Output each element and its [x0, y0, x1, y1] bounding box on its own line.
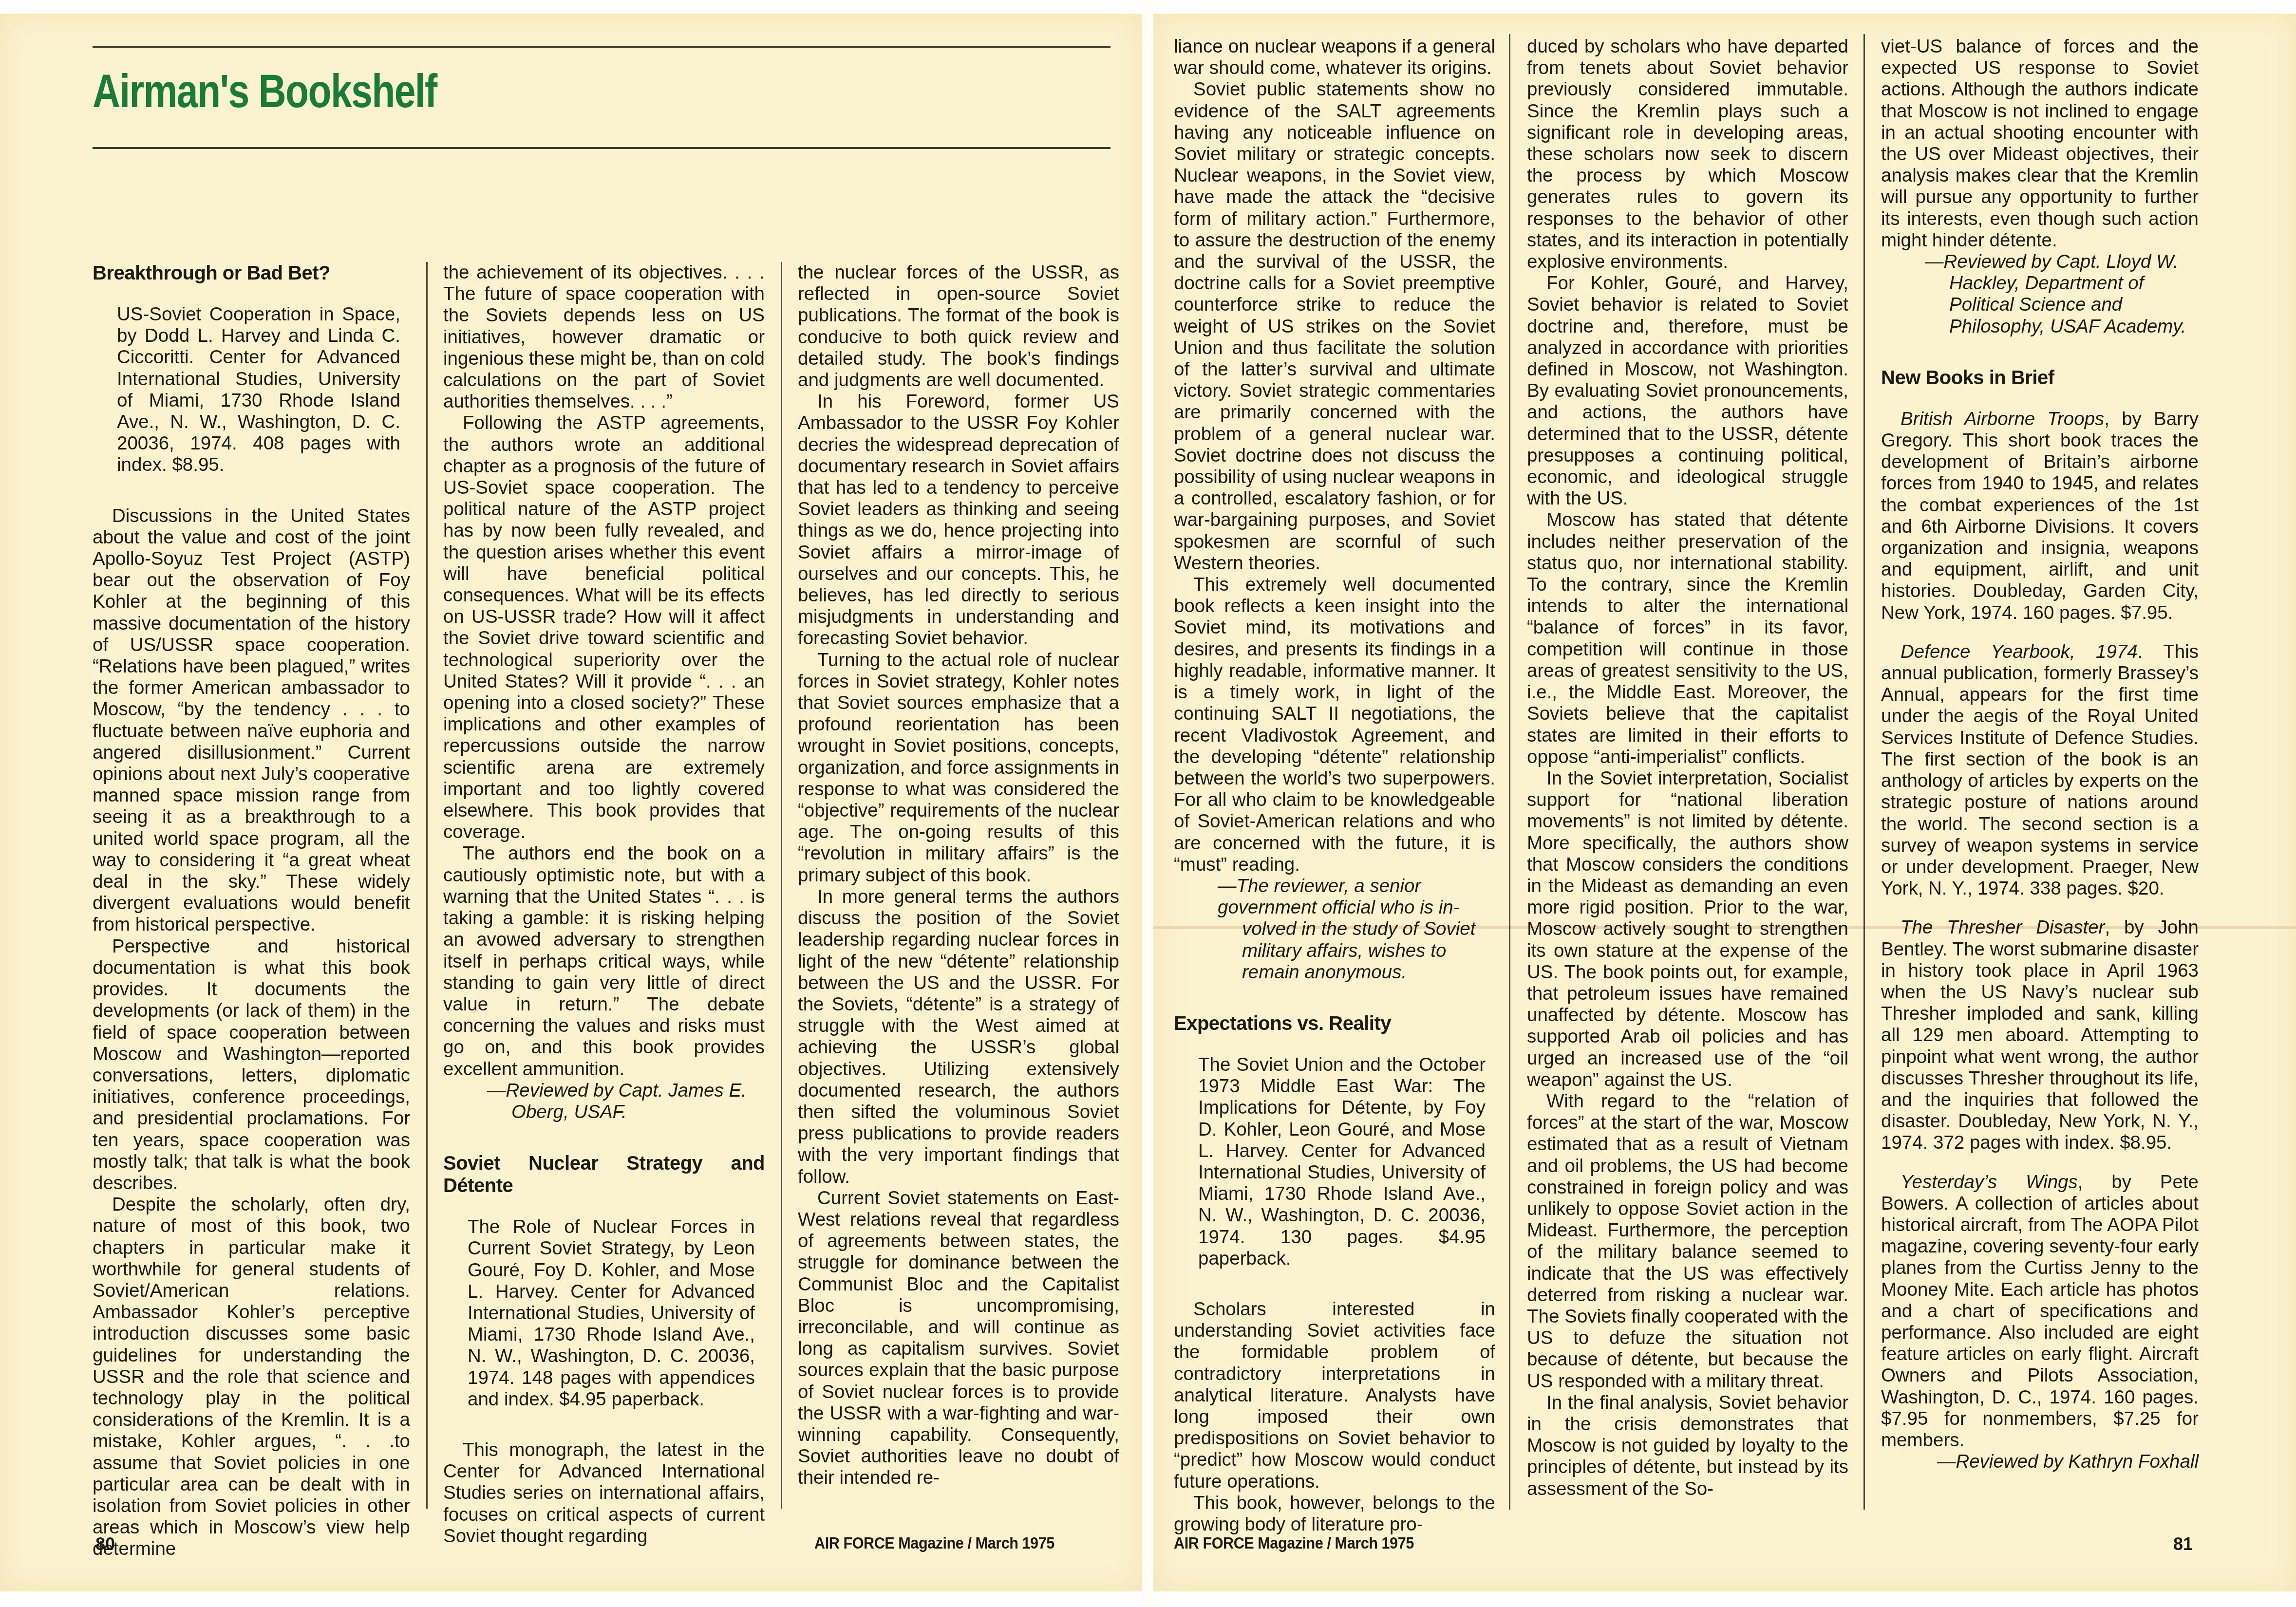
paragraph: With regard to the “relation of forces” …	[1527, 1091, 1848, 1392]
page-gutter	[1142, 0, 1153, 1607]
page-number-left: 80	[95, 1534, 115, 1554]
footer-folio-right: AIR FORCE Magazine / March 1975	[1174, 1534, 1414, 1553]
brief-text: . This annual publication, formerly Bras…	[1881, 641, 2199, 899]
paragraph: In the Soviet interpretation, Socialist …	[1527, 768, 1848, 1091]
brief-entry: The Thresher Disaster, by John Bentley. …	[1881, 917, 2199, 1154]
header-rule-top	[93, 46, 1110, 48]
paragraph: The authors end the book on a cautiously…	[443, 843, 765, 1080]
column-divider	[781, 262, 782, 1509]
paragraph: In the final analysis, Soviet behavior i…	[1527, 1392, 1848, 1500]
article-heading: Expectations vs. Reality	[1174, 1012, 1495, 1035]
book-title: The Thresher Disaster	[1901, 917, 2105, 938]
reviewer-byline: —Reviewed by Capt. James E. Oberg, USAF.	[443, 1080, 765, 1123]
reviewer-byline: —Reviewed by Kathryn Foxhall	[1881, 1451, 2199, 1473]
paragraph: This extremely well documented book refl…	[1174, 574, 1495, 876]
byline-line: Hackley, Department of Political Science…	[1881, 273, 2199, 337]
paragraph: In his Foreword, former US Ambassador to…	[798, 391, 1119, 649]
footer-folio-left: AIR FORCE Magazine / March 1975	[814, 1534, 1054, 1553]
column-2: the achievement of its objectives. . . .…	[443, 262, 765, 1547]
book-title: Yesterday’s Wings	[1901, 1172, 2078, 1193]
section-title: Airman's Bookshelf	[93, 68, 437, 115]
article-heading: New Books in Brief	[1881, 367, 2199, 389]
column-4: liance on nuclear weapons if a general w…	[1174, 36, 1495, 1535]
brief-entry: British Airborne Troops, by Barry Gregor…	[1881, 409, 2199, 624]
header-rule-bottom	[93, 147, 1110, 149]
column-5: duced by scholars who have departed from…	[1527, 36, 1848, 1500]
column-1: Breakthrough or Bad Bet? US-Soviet Coope…	[93, 262, 410, 1560]
paragraph: Scholars interested in understanding Sov…	[1174, 1299, 1495, 1493]
book-citation: The Role of Nuclear Forces in Current So…	[443, 1216, 765, 1410]
paragraph: the achievement of its objectives. . . .…	[443, 262, 765, 412]
brief-text: , by Barry Gregory. This short book trac…	[1881, 409, 2199, 623]
brief-entry: Yesterday’s Wings, by Pete Bowers. A col…	[1881, 1172, 2199, 1452]
paragraph: Soviet public statements show no evidenc…	[1174, 79, 1495, 574]
article-heading: Breakthrough or Bad Bet?	[93, 262, 410, 284]
reviewer-byline: —The reviewer, a senior government offic…	[1174, 876, 1495, 983]
reviewer-byline: —Reviewed by Capt. Lloyd W. Hackley, Dep…	[1881, 251, 2199, 337]
paragraph: liance on nuclear weapons if a general w…	[1174, 36, 1495, 79]
byline-line: —Reviewed by Capt. James E.	[443, 1080, 765, 1102]
paragraph: Following the ASTP agreements, the autho…	[443, 412, 765, 843]
paragraph: Moscow has stated that détente includes …	[1527, 509, 1848, 767]
paragraph: Turning to the actual role of nuclear fo…	[798, 650, 1119, 886]
paragraph: Current Soviet statements on East-West r…	[798, 1188, 1119, 1489]
book-title: Defence Yearbook, 1974	[1901, 641, 2138, 662]
column-divider	[1509, 34, 1510, 1510]
paragraph: Discussions in the United States about t…	[93, 505, 410, 936]
paragraph: Perspective and historical documentation…	[93, 936, 410, 1194]
byline-line: —Reviewed by Capt. Lloyd W.	[1881, 251, 2199, 273]
column-divider	[426, 262, 428, 1509]
brief-entry: Defence Yearbook, 1974. This annual publ…	[1881, 641, 2199, 899]
column-divider	[1863, 34, 1865, 1510]
page-number-right: 81	[2173, 1534, 2193, 1554]
paragraph: viet-US balance of forces and the expect…	[1881, 36, 2199, 251]
paragraph: duced by scholars who have departed from…	[1527, 36, 1848, 273]
book-citation: US-Soviet Cooperation in Space, by Dodd …	[93, 304, 410, 476]
byline-line: —Reviewed by Kathryn Foxhall	[1937, 1451, 2199, 1472]
byline-line: volved in the study of Soviet military a…	[1174, 918, 1495, 983]
book-citation: The Soviet Union and the October 1973 Mi…	[1174, 1054, 1495, 1270]
paragraph: the nuclear forces of the USSR, as refle…	[798, 262, 1119, 391]
paragraph: This book, however, belongs to the growi…	[1174, 1493, 1495, 1535]
paragraph: For Kohler, Gouré, and Harvey, Soviet be…	[1527, 273, 1848, 509]
brief-text: , by John Bentley. The worst submarine d…	[1881, 917, 2199, 1153]
book-title: British Airborne Troops	[1901, 409, 2104, 430]
brief-text: , by Pete Bowers. A collection of articl…	[1881, 1172, 2199, 1451]
byline-line: —The reviewer, a senior government offic…	[1174, 876, 1495, 918]
column-6: viet-US balance of forces and the expect…	[1881, 36, 2199, 1502]
paragraph: In more general terms the authors discus…	[798, 886, 1119, 1188]
column-3: the nuclear forces of the USSR, as refle…	[798, 262, 1119, 1489]
paragraph: Despite the scholarly, often dry, nature…	[93, 1194, 410, 1560]
paragraph: This monograph, the latest in the Center…	[443, 1439, 765, 1547]
byline-line: Oberg, USAF.	[443, 1102, 765, 1123]
article-heading: Soviet Nuclear Strategy and Détente	[443, 1152, 765, 1197]
